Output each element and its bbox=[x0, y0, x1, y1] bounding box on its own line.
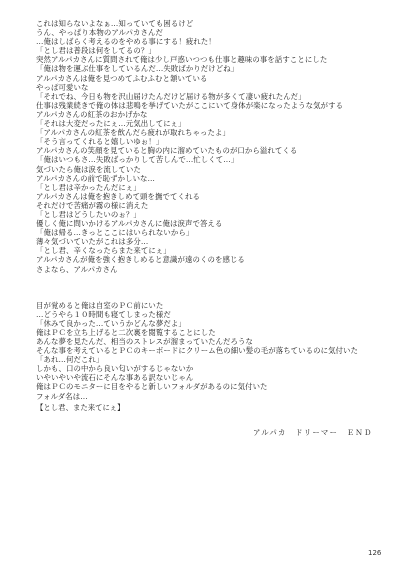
text-line: 「俺は帰る…きっとここにはいられないから」 bbox=[36, 228, 381, 237]
text-line: 「それは大変だったにぇ…元気出してにぇ」 bbox=[36, 119, 381, 128]
text-line: 「それでね、今日も物を沢山届けたんだけど届ける物が多くて凄い疲れたんだ」 bbox=[36, 92, 381, 101]
text-line: …俺はしばらく考えるのをやめる事にする！疲れた！ bbox=[36, 37, 381, 46]
text-line: 「とし君は普段は何をしてるの？」 bbox=[36, 46, 381, 55]
folder-name-text: 【とし君、また来てにぇ】 bbox=[36, 402, 381, 413]
text-line: 仕事は残業続きで俺の体は悲鳴を挙げていたがここにいて身体が楽になったような気がす… bbox=[36, 101, 381, 110]
document-page: これは知らないよなぁ…知っていても困るけど うん、やっぱり本物のアルパカさんだ … bbox=[0, 0, 400, 565]
text-line: これは知らないよなぁ…知っていても困るけど bbox=[36, 19, 381, 28]
text-line: 優しく俺に問いかけるアルパカさんに俺は涙声で答える bbox=[36, 219, 381, 228]
text-line: 「そう言ってくれると嬉しいゆぉ！」 bbox=[36, 137, 381, 146]
text-line: アルパカさんは俺を見つめてふむふむと頷いている bbox=[36, 74, 381, 83]
text-line: 気づいたら俺は涙を流していた bbox=[36, 165, 381, 174]
text-line: アルパカさんが俺を強く抱きしめると意識が遠のくのを感じる bbox=[36, 255, 381, 264]
text-line: 「とし君はどうしたいのぉ？」 bbox=[36, 210, 381, 219]
text-line: 俺はＰＣのモニターに目をやると新しいフォルダがあるのに気付いた bbox=[36, 382, 381, 391]
text-line: …どうやら１０時間も寝てしまった様だ bbox=[36, 310, 381, 319]
text-line: それだけで苦痛が霧の様に消えた bbox=[36, 201, 381, 210]
text-line: アルパカさんの笑顔を見ていると胸の内に溜めていたものが口から溢れてくる bbox=[36, 146, 381, 155]
text-line: 「とし君は辛かったんだにぇ」 bbox=[36, 183, 381, 192]
text-line: そんな事を考えているとＰＣのキーボードにクリーム色の細い髪の毛が落ちているのに気… bbox=[36, 346, 381, 355]
text-line: 「俺は物を運ぶ仕事をしているんだ…失敗ばかりだけどね」 bbox=[36, 64, 381, 73]
text-line: やっぱ可愛いな bbox=[36, 83, 381, 92]
section-break bbox=[36, 274, 381, 301]
story-body: これは知らないよなぁ…知っていても困るけど うん、やっぱり本物のアルパカさんだ … bbox=[36, 19, 381, 401]
text-line: 「とし君、辛くなったらまた来てにぇ」 bbox=[36, 246, 381, 255]
text-line: 薄々気づいていたがこれは多分… bbox=[36, 237, 381, 246]
text-line: いやいやいや流石にそんな事ある訳ないじゃん bbox=[36, 373, 381, 382]
text-line: アルパカさんの紅茶のおかげかな bbox=[36, 110, 381, 119]
page-number: 126 bbox=[368, 549, 381, 557]
text-line: 俺はＰＣを立ち上げると二次裏を閲覧することにした bbox=[36, 328, 381, 337]
text-line: 「俺はいつもさ…失敗ばっかりして苦しんで…忙しくて…」 bbox=[36, 155, 381, 164]
text-line: うん、やっぱり本物のアルパカさんだ bbox=[36, 28, 381, 37]
text-line: 「アルパカさんの紅茶を飲んだら疲れが取れちゃったよ」 bbox=[36, 128, 381, 137]
text-line: あんな夢を見たんだ、相当のストレスが溜まっていたんだろうな bbox=[36, 337, 381, 346]
end-signature: アルパカ ドリーマー ＥＮＤ bbox=[253, 427, 372, 438]
text-line: 「あれ…何だこれ」 bbox=[36, 355, 381, 364]
text-line: さよなら、アルパカさん bbox=[36, 265, 381, 274]
text-line: アルパカさんの前で恥ずかしいな… bbox=[36, 174, 381, 183]
text-line: アルパカさんは俺を抱きしめて頭を撫でてくれる bbox=[36, 192, 381, 201]
text-line: 突然アルパカさんに質問されて俺は少し戸惑いつつも仕事と趣味の事を話すことにした bbox=[36, 55, 381, 64]
text-line: しかも、口の中から良い匂いがするじゃないか bbox=[36, 364, 381, 373]
text-line: 「休みて良かった…ていうかどんな夢だよ」 bbox=[36, 319, 381, 328]
text-line: フォルダ名は… bbox=[36, 392, 381, 401]
text-line: 目が覚めると俺は自室のＰＣ前にいた bbox=[36, 301, 381, 310]
